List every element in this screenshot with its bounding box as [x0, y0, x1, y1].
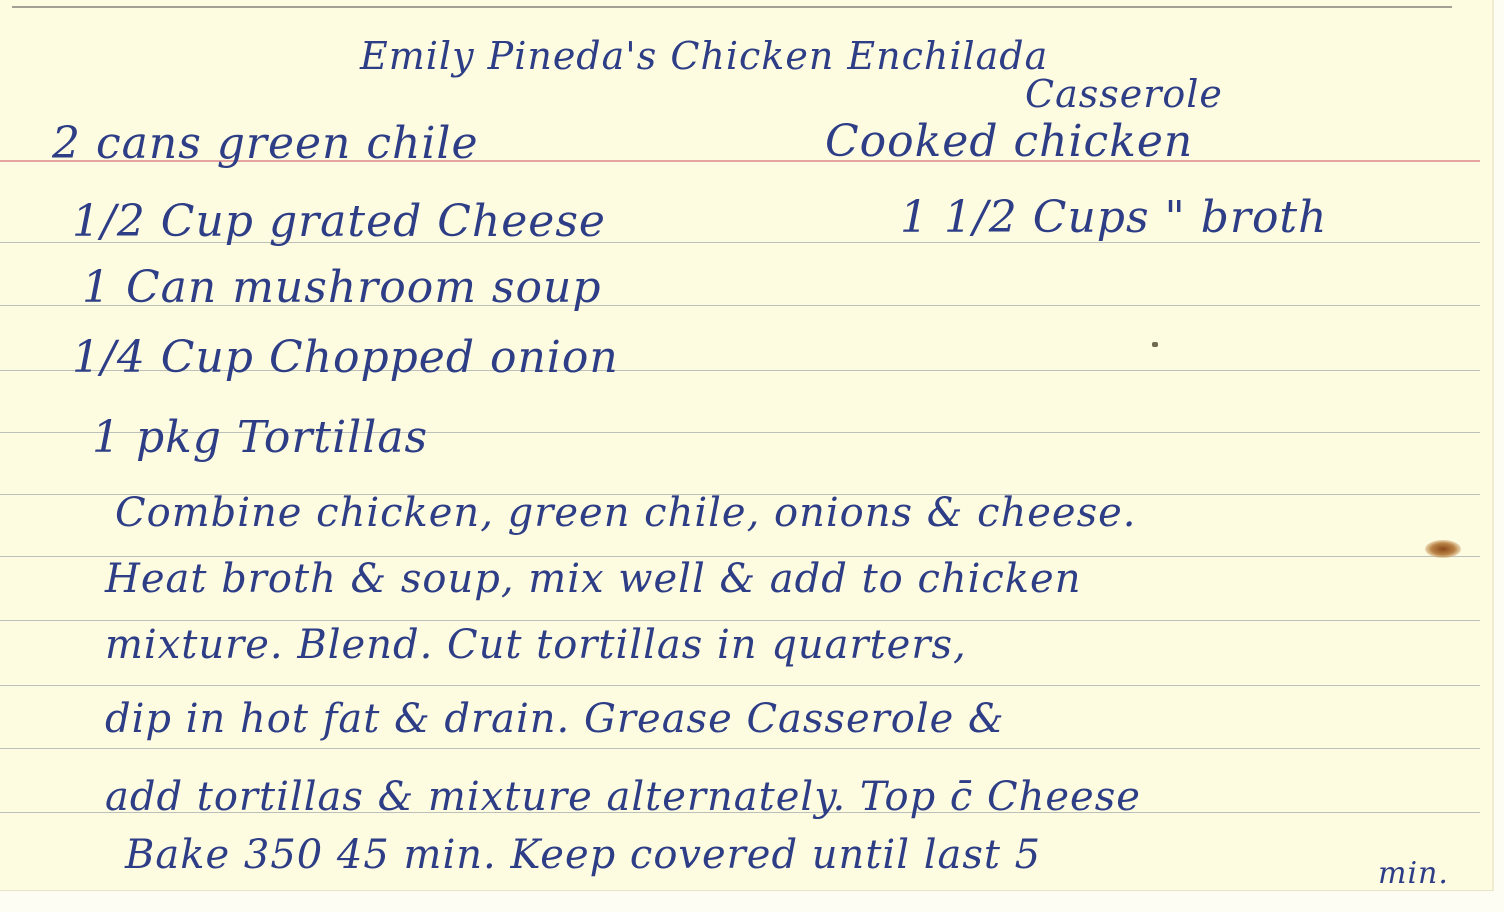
direction-line: add tortillas & mixture alternately. Top… [105, 774, 1141, 820]
direction-line: Combine chicken, green chile, onions & c… [115, 490, 1137, 536]
ingredient-item: 1 Can mushroom soup [82, 262, 601, 313]
ruled-line [0, 620, 1480, 621]
ingredient-item: 1/2 Cup grated Cheese [72, 196, 606, 247]
direction-line: Bake 350 45 min. Keep covered until last… [125, 832, 1041, 878]
direction-line: mixture. Blend. Cut tortillas in quarter… [105, 622, 967, 668]
direction-line: dip in hot fat & drain. Grease Casserole… [105, 696, 1005, 742]
direction-line: min. [1378, 856, 1449, 891]
ingredient-item: 1/4 Cup Chopped onion [72, 332, 619, 383]
paper-fleck [1152, 342, 1158, 347]
recipe-title: Emily Pineda's Chicken Enchilada [360, 34, 1048, 78]
card-top-edge [12, 6, 1452, 8]
ingredient-item: Cooked chicken [825, 116, 1193, 167]
grease-stain [1425, 540, 1461, 558]
ingredient-item: 1 pkg Tortillas [92, 412, 428, 463]
ruled-line [0, 748, 1480, 749]
ingredient-item: 1 1/2 Cups " broth [900, 192, 1327, 243]
recipe-card: Emily Pineda's Chicken Enchilada Cassero… [0, 0, 1494, 891]
recipe-title-line2: Casserole [1025, 72, 1223, 116]
ingredient-item: 2 cans green chile [52, 118, 479, 169]
direction-line: Heat broth & soup, mix well & add to chi… [105, 556, 1081, 602]
ruled-line [0, 685, 1480, 686]
